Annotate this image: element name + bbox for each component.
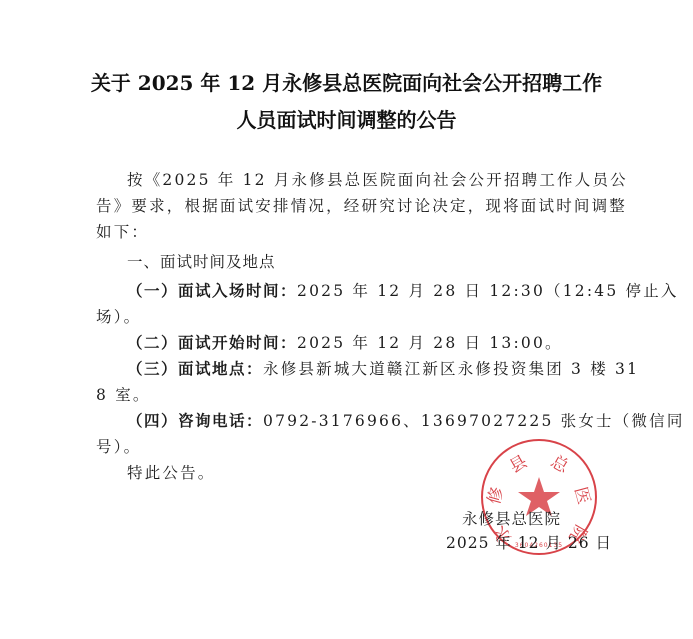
item-start-time: （二）面试开始时间：2025 年 12 月 28 日 13:00。 <box>127 331 563 353</box>
intro-line-3: 如下： <box>96 220 149 242</box>
item-label: （二）面试开始时间： <box>127 334 297 352</box>
item-value: 2025 年 12 月 28 日 12:30（12:45 停止入 <box>297 282 679 300</box>
seal-char: 修 <box>484 485 508 507</box>
item-value: 0792-3176966、13697027225 张女士（微信同 <box>263 412 685 430</box>
item-entry-time-cont: 场）。 <box>96 305 141 327</box>
seal-char: 总 <box>547 452 573 478</box>
title-line-1: 关于 2025 年 12 月永修县总医院面向社会公开招聘工作 <box>0 67 693 96</box>
intro-line-2: 告》要求，根据面试安排情况，经研究讨论决定，现将面试时间调整 <box>96 194 627 216</box>
item-location: （三）面试地点：永修县新城大道赣江新区永修投资集团 3 楼 31 <box>127 357 639 379</box>
item-label: （一）面试入场时间： <box>127 282 297 300</box>
item-contact-phone-cont: 号）。 <box>96 435 141 457</box>
seal-char: 医 <box>570 485 594 507</box>
item-label: （三）面试地点： <box>127 360 263 378</box>
item-location-cont: 8 室。 <box>96 383 151 405</box>
seal-char: 县 <box>506 452 531 478</box>
title-line-2: 人员面试时间调整的公告 <box>0 104 693 133</box>
item-entry-time: （一）面试入场时间：2025 年 12 月 28 日 12:30（12:45 停… <box>127 279 679 301</box>
item-value: 2025 年 12 月 28 日 13:00。 <box>297 334 563 352</box>
signature-date: 2025 年 12 月 26 日 <box>446 531 612 553</box>
closing-text: 特此公告。 <box>127 461 216 483</box>
item-contact-phone: （四）咨询电话：0792-3176966、13697027225 张女士（微信同 <box>127 409 685 431</box>
section-heading-time-location: 一、面试时间及地点 <box>127 250 276 272</box>
item-value: 永修县新城大道赣江新区永修投资集团 3 楼 31 <box>263 360 639 378</box>
signature-organization: 永修县总医院 <box>462 507 561 529</box>
item-label: （四）咨询电话： <box>127 412 263 430</box>
intro-line-1: 按《2025 年 12 月永修县总医院面向社会公开招聘工作人员公 <box>127 168 628 190</box>
